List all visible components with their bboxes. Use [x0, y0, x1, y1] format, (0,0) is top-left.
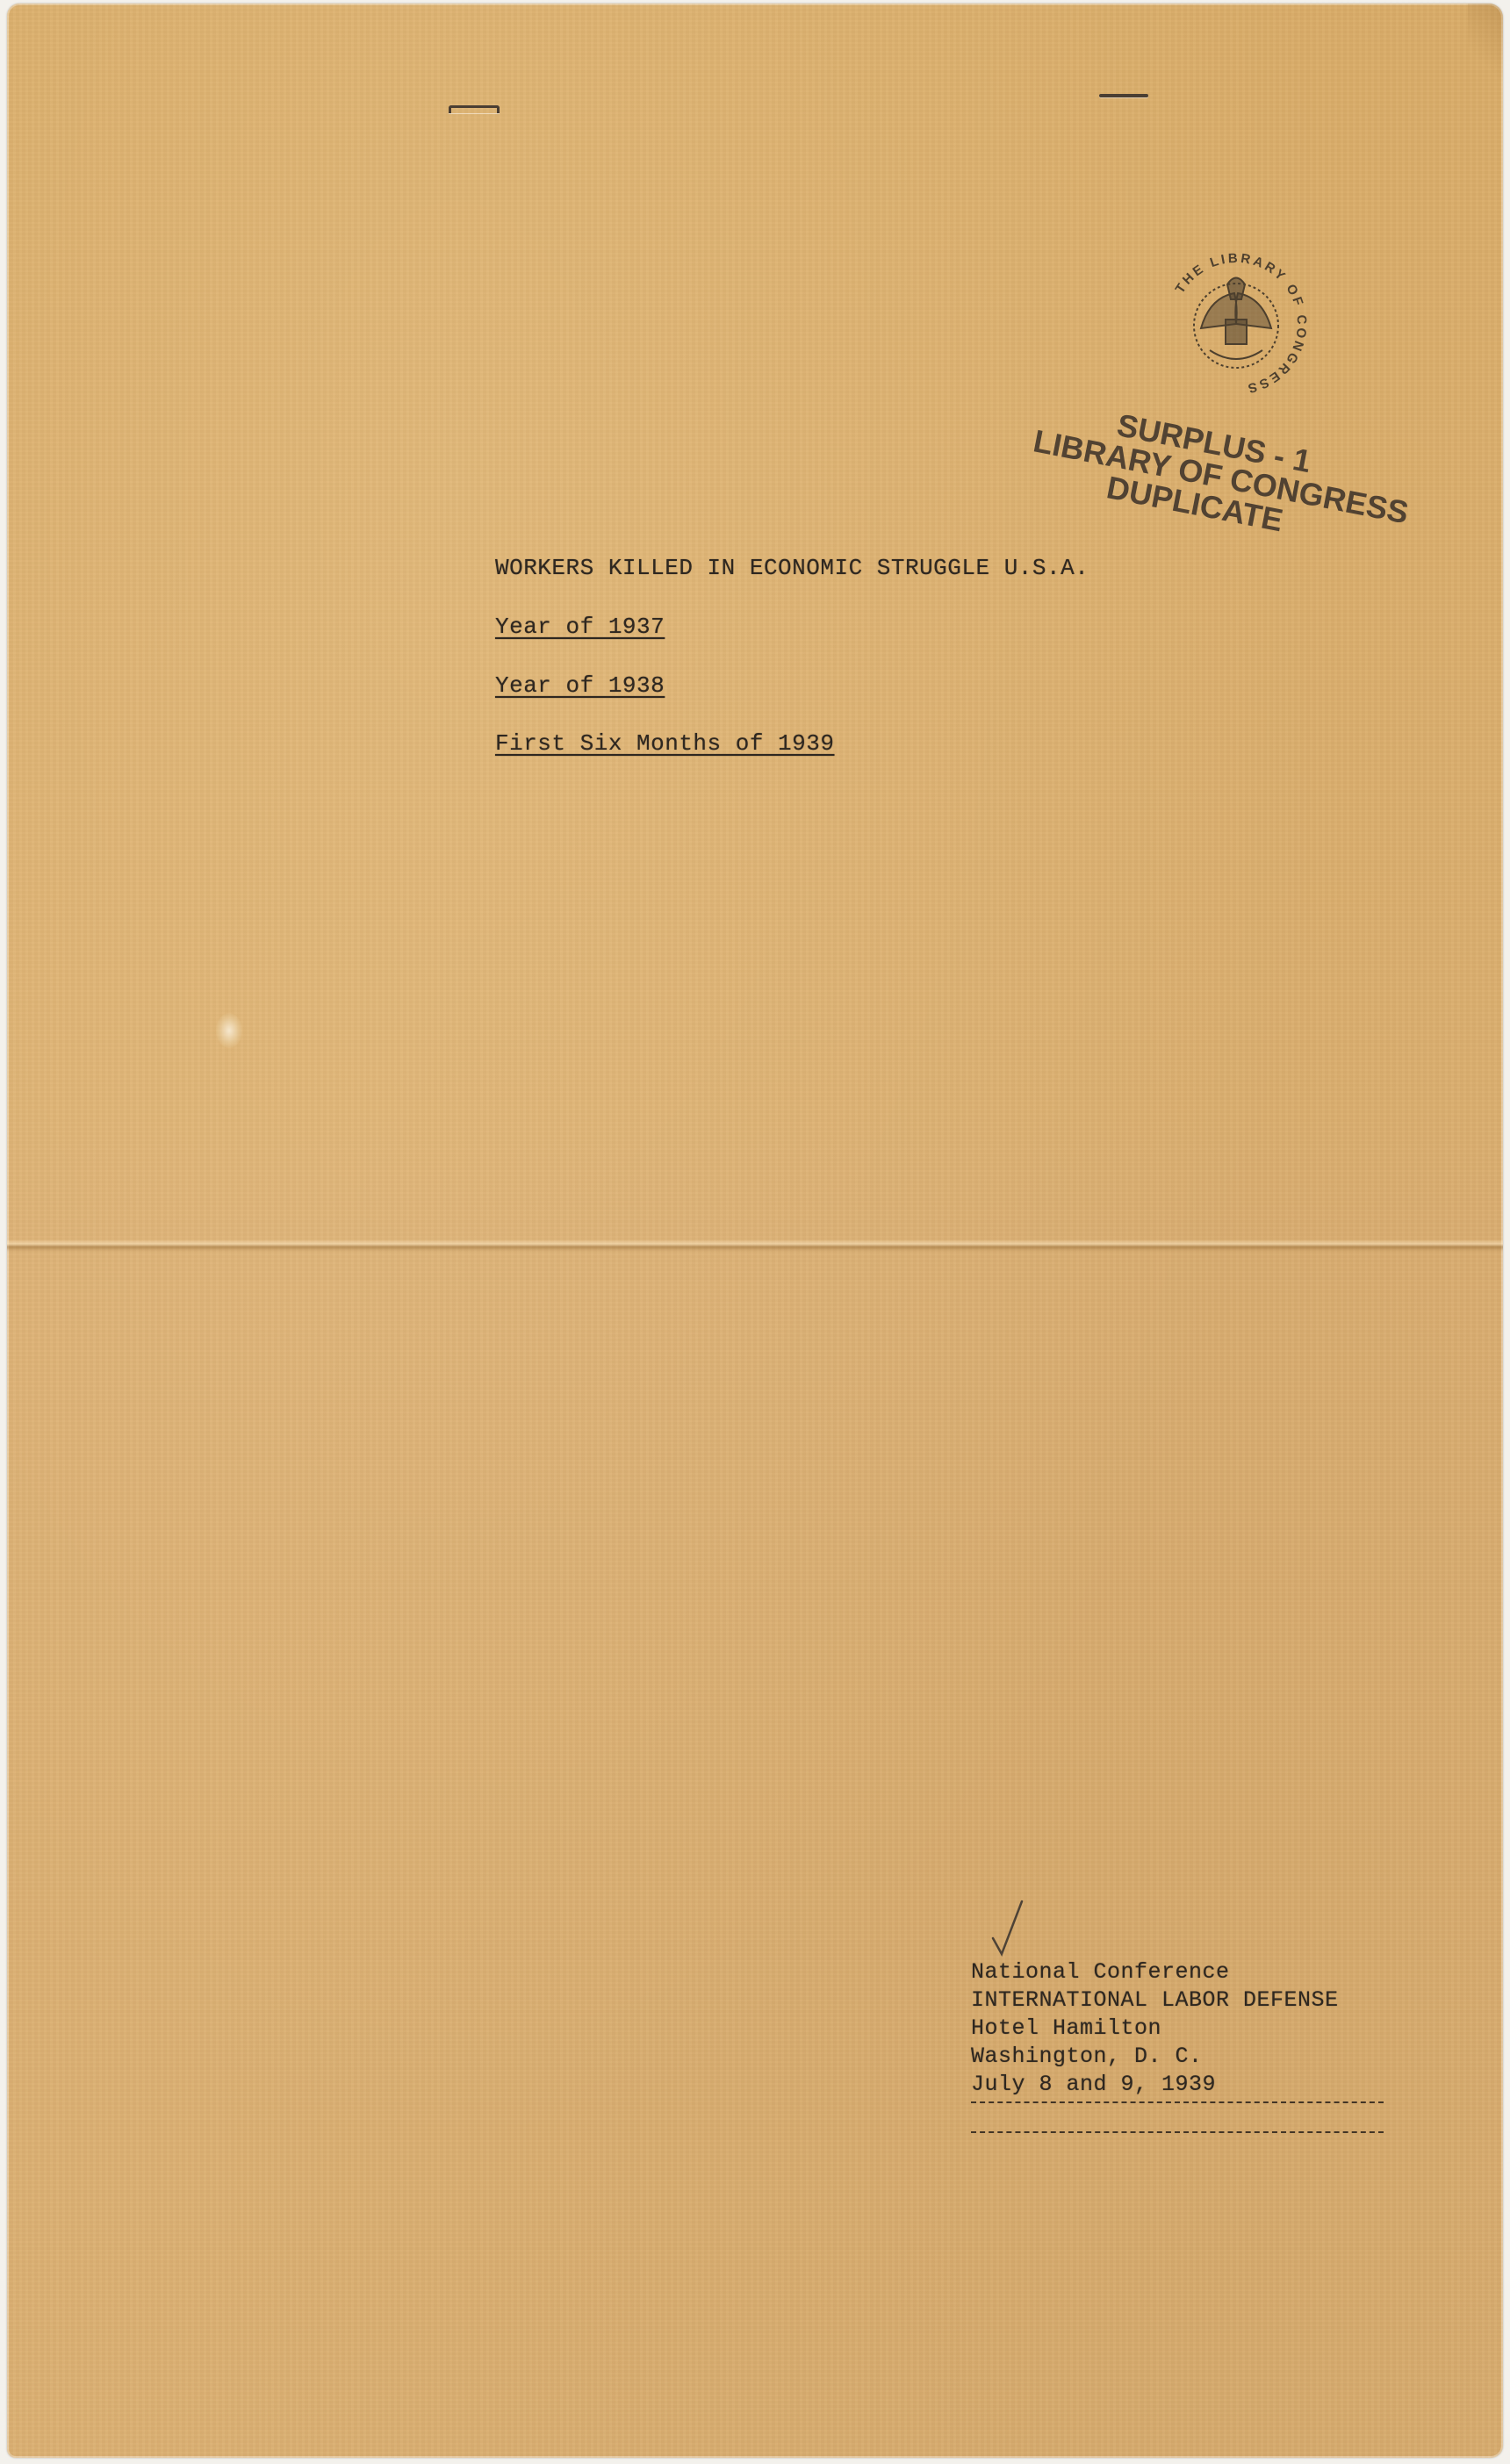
footer-rule-2: [971, 2131, 1384, 2133]
surplus-stamp: SURPLUS - 1 LIBRARY OF CONGRESS DUPLICAT…: [1025, 394, 1417, 560]
corner-fold: [1468, 4, 1503, 83]
footer-hotel: Hotel Hamilton: [971, 2015, 1161, 2041]
section-1939-first-half: First Six Months of 1939: [495, 730, 834, 757]
document-title: WORKERS KILLED IN ECONOMIC STRUGGLE U.S.…: [495, 555, 1089, 581]
staple-icon: [1099, 94, 1148, 97]
staple-icon: [449, 105, 500, 113]
paper-scuff: [216, 1013, 242, 1048]
check-mark-icon: [990, 1900, 1025, 1958]
eagle-seal-icon: [1194, 278, 1278, 369]
footer-date: July 8 and 9, 1939: [971, 2072, 1216, 2097]
section-1938: Year of 1938: [495, 672, 665, 699]
footer-rule-1: [971, 2101, 1384, 2103]
footer-city: Washington, D. C.: [971, 2044, 1203, 2069]
library-of-congress-seal: THE LIBRARY OF CONGRESS: [1157, 245, 1315, 403]
fold-crease: [7, 1239, 1503, 1252]
section-1937: Year of 1937: [495, 614, 665, 640]
footer-organization: INTERNATIONAL LABOR DEFENSE: [971, 1987, 1339, 2013]
document-page: THE LIBRARY OF CONGRESS SURPLUS - 1 LIBR…: [7, 4, 1503, 2458]
footer-conference: National Conference: [971, 1959, 1230, 1985]
